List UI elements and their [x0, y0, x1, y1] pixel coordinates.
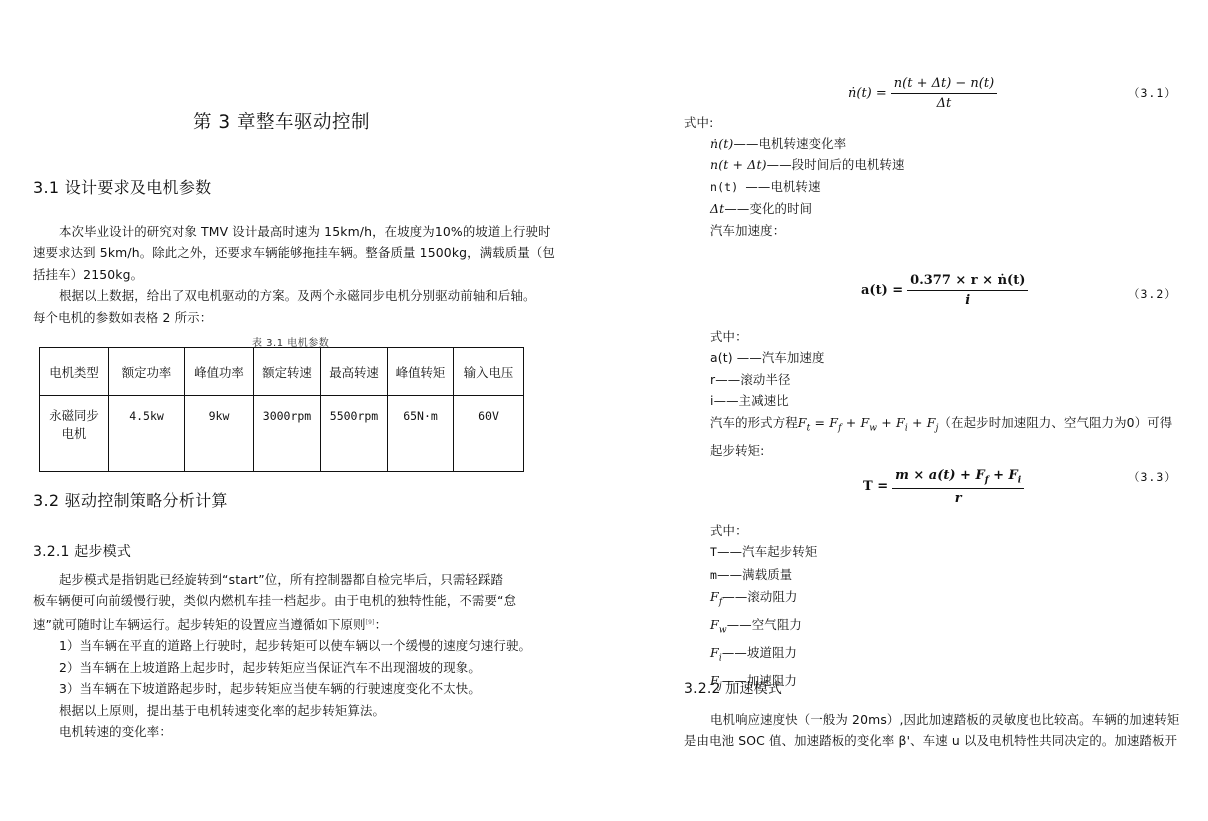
- rate-label: 电机转速的变化率：: [33, 721, 531, 742]
- definitions-list-1: ṅ(t)——电机转速变化率 n(t + Δt)——段时间后的电机转速 n(t) …: [710, 133, 905, 241]
- paragraph-line: 本次毕业设计的研究对象 TMV 设计最高时速为 15km/h，在坡度为10%的坡…: [33, 221, 555, 242]
- principle-item: 2）当车辆在上坡道路上起步时，起步转矩应当保证汽车不出现溜坡的现象。: [33, 657, 531, 678]
- paragraph-line: 括挂车）2150kg。: [33, 264, 555, 285]
- table-cell-peak-power: 9kw: [185, 396, 254, 472]
- definition-item: a(t) ——汽车加速度: [710, 347, 1172, 368]
- definitions-list-2: 式中： a(t) ——汽车加速度 r——滚动半径 i——主减速比 汽车的形式方程…: [710, 326, 1172, 461]
- principle-item: 1）当车辆在平直的道路上行驶时，起步转矩可以使车辆以一个缓慢的速度匀速行驶。: [33, 635, 531, 656]
- equation-3-2: a(t) = 0.377 × r × ṅ(t) i: [861, 273, 1028, 308]
- definition-text: ——段时间后的电机转速: [767, 157, 905, 172]
- definition-item: m——满载质量: [710, 564, 817, 586]
- paragraph-line: 板车辆便可向前缓慢行驶，类似内燃机车挂一档起步。由于电机的独特性能，不需要“怠: [33, 590, 531, 611]
- citation-ref[interactable]: [9]: [366, 619, 375, 626]
- cell-line: 永磁同步: [40, 407, 108, 425]
- section-heading-3-1: 3.1 设计要求及电机参数: [33, 175, 211, 198]
- equation-number: （3.3）: [1128, 469, 1177, 485]
- definition-item: n(t) ——电机转速: [710, 176, 905, 198]
- definition-text: ——变化的时间: [724, 201, 812, 216]
- equation-lhs: T =: [863, 479, 888, 494]
- paragraph-line: 速要求达到 5km/h。除此之外，还要求车辆能够拖挂车辆。整备质量 1500kg…: [33, 242, 555, 263]
- table-header-cell: 最高转速: [321, 348, 388, 396]
- table-header-cell: 额定功率: [109, 348, 185, 396]
- chapter-title: 第 3 章整车驱动控制: [193, 108, 370, 134]
- left-page: 第 3 章整车驱动控制 3.1 设计要求及电机参数 本次毕业设计的研究对象 TM…: [0, 0, 604, 821]
- definition-item: i——主减速比: [710, 390, 1172, 411]
- motion-eq-math: Ft = Ff + Fw + Fi + Fj: [798, 415, 939, 430]
- definition-text: ——电机转速变化率: [733, 136, 846, 151]
- definition-text: ——坡道阻力: [722, 645, 797, 660]
- definitions-list-3: 式中： T——汽车起步转矩 m——满载质量 Ff——滚动阻力 Fw——空气阻力 …: [710, 520, 817, 698]
- equation-number: （3.1）: [1128, 85, 1177, 101]
- definition-text: ——汽车起步转矩: [717, 544, 817, 559]
- table-cell-input-voltage: 60V: [454, 396, 524, 472]
- symbol: Δt: [710, 201, 724, 216]
- motor-parameters-table: 电机类型 额定功率 峰值功率 额定转速 最高转速 峰值转矩 输入电压 永磁同步 …: [39, 347, 524, 472]
- equation-lhs: a(t) =: [861, 283, 903, 298]
- where-label: 式中：: [710, 326, 1172, 347]
- equation-denominator: r: [955, 489, 962, 506]
- principle-item: 3）当车辆在下坡道路起步时，起步转矩应当使车辆的行驶速度变化不太快。: [33, 678, 531, 699]
- paragraph-line-with-citation: 速”就可随时让车辆运行。起步转矩的设置应当遵循如下原则[9]：: [33, 612, 531, 636]
- right-page: ṅ(t) = n(t + Δt) − n(t) Δt （3.1） 式中: ṅ(t…: [604, 0, 1208, 821]
- paragraph-line: 是由电池 SOC 值、加速踏板的变化率 β'、车速 u 以及电机特性共同决定的。…: [684, 730, 1179, 751]
- definition-text: ——滚动阻力: [722, 589, 797, 604]
- definition-item: r——滚动半径: [710, 369, 1172, 390]
- equation-numerator: 0.377 × r × ṅ(t): [907, 273, 1028, 291]
- definition-text: ——空气阻力: [727, 617, 802, 632]
- definition-item: n(t + Δt)——段时间后的电机转速: [710, 154, 905, 175]
- paragraph-text: 速”就可随时让车辆运行。起步转矩的设置应当遵循如下原则: [33, 617, 366, 632]
- paragraph-line: 电机响应速度快（一般为 20ms）,因此加速踏板的灵敏度也比较高。车辆的加速转矩: [684, 709, 1179, 730]
- table-header-cell: 额定转速: [254, 348, 321, 396]
- paragraph-line: 每个电机的参数如表格 2 所示：: [33, 307, 555, 328]
- table-header-cell: 峰值功率: [185, 348, 254, 396]
- cell-line: 电机: [40, 425, 108, 443]
- equation-fraction: n(t + Δt) − n(t) Δt: [891, 76, 997, 111]
- definition-item: Ff——滚动阻力: [710, 586, 817, 614]
- subsection-heading-3-2-2: 3.2.2 加速模式: [684, 678, 782, 698]
- table-header-cell: 输入电压: [454, 348, 524, 396]
- equation-number: （3.2）: [1128, 286, 1177, 302]
- symbol: Ff: [710, 589, 722, 604]
- table-header-cell: 电机类型: [40, 348, 109, 396]
- definition-text: ——满载质量: [717, 567, 792, 582]
- definition-item: Fw——空气阻力: [710, 614, 817, 642]
- definition-item: ṅ(t)——电机转速变化率: [710, 133, 905, 154]
- equation-numerator: m × a(t) + Ff + Fi: [892, 468, 1024, 489]
- equation-fraction: 0.377 × r × ṅ(t) i: [907, 273, 1028, 308]
- motion-eq-prefix: 汽车的形式方程: [710, 415, 798, 430]
- paragraph-accel-mode: 电机响应速度快（一般为 20ms）,因此加速踏板的灵敏度也比较高。车辆的加速转矩…: [684, 709, 1179, 752]
- table-cell-rated-power: 4.5kw: [109, 396, 185, 472]
- table-cell-max-speed: 5500rpm: [321, 396, 388, 472]
- definition-item: Δt——变化的时间: [710, 198, 905, 219]
- equation-numerator: n(t + Δt) − n(t): [891, 76, 997, 94]
- symbol: Fi: [710, 645, 722, 660]
- motion-equation-line: 汽车的形式方程Ft = Ff + Fw + Fi + Fj（在起步时加速阻力、空…: [710, 412, 1172, 440]
- table-header-cell: 峰值转矩: [388, 348, 454, 396]
- equation-denominator: Δt: [937, 94, 952, 111]
- paragraph-line: 起步模式是指钥匙已经旋转到“start”位，所有控制器都自检完毕后，只需轻踩踏: [33, 569, 531, 590]
- equation-3-1: ṅ(t) = n(t + Δt) − n(t) Δt: [848, 76, 997, 111]
- subsection-heading-3-2-1: 3.2.1 起步模式: [33, 541, 131, 561]
- where-label: 式中:: [684, 112, 713, 133]
- definition-text: ——电机转速: [745, 179, 820, 194]
- symbol: n(t): [710, 180, 745, 194]
- equation-3-3: T = m × a(t) + Ff + Fi r: [863, 468, 1024, 506]
- table-row: 永磁同步 电机 4.5kw 9kw 3000rpm 5500rpm 65N·m …: [40, 396, 524, 472]
- symbol: Fw: [710, 617, 727, 632]
- paragraph-line: 根据以上数据，给出了双电机驱动的方案。及两个永磁同步电机分别驱动前轴和后轴。: [33, 285, 555, 306]
- paragraph-start-mode: 起步模式是指钥匙已经旋转到“start”位，所有控制器都自检完毕后，只需轻踩踏 …: [33, 569, 531, 742]
- where-label: 式中：: [710, 520, 817, 541]
- table-cell-motor-type: 永磁同步 电机: [40, 396, 109, 472]
- conclusion-line: 根据以上原则，提出基于电机转速变化率的起步转矩算法。: [33, 700, 531, 721]
- definition-item: Fi——坡道阻力: [710, 642, 817, 670]
- table-cell-peak-torque: 65N·m: [388, 396, 454, 472]
- equation-fraction: m × a(t) + Ff + Fi r: [892, 468, 1024, 506]
- equation-denominator: i: [965, 291, 970, 308]
- motion-eq-suffix: （在起步时加速阻力、空气阻力为0）可得: [939, 415, 1173, 430]
- paragraph-design-requirements: 本次毕业设计的研究对象 TMV 设计最高时速为 15km/h，在坡度为10%的坡…: [33, 221, 555, 328]
- accel-label: 汽车加速度：: [710, 220, 905, 241]
- section-heading-3-2: 3.2 驱动控制策略分析计算: [33, 488, 228, 511]
- table-header-row: 电机类型 额定功率 峰值功率 额定转速 最高转速 峰值转矩 输入电压: [40, 348, 524, 396]
- symbol: ṅ(t): [710, 136, 733, 151]
- table-cell-rated-speed: 3000rpm: [254, 396, 321, 472]
- symbol: n(t + Δt): [710, 157, 767, 172]
- equation-lhs: ṅ(t) =: [848, 86, 887, 101]
- definition-item: T——汽车起步转矩: [710, 541, 817, 563]
- punctuation: ：: [375, 617, 388, 632]
- motion-equation-line-2: 起步转矩:: [710, 440, 1172, 461]
